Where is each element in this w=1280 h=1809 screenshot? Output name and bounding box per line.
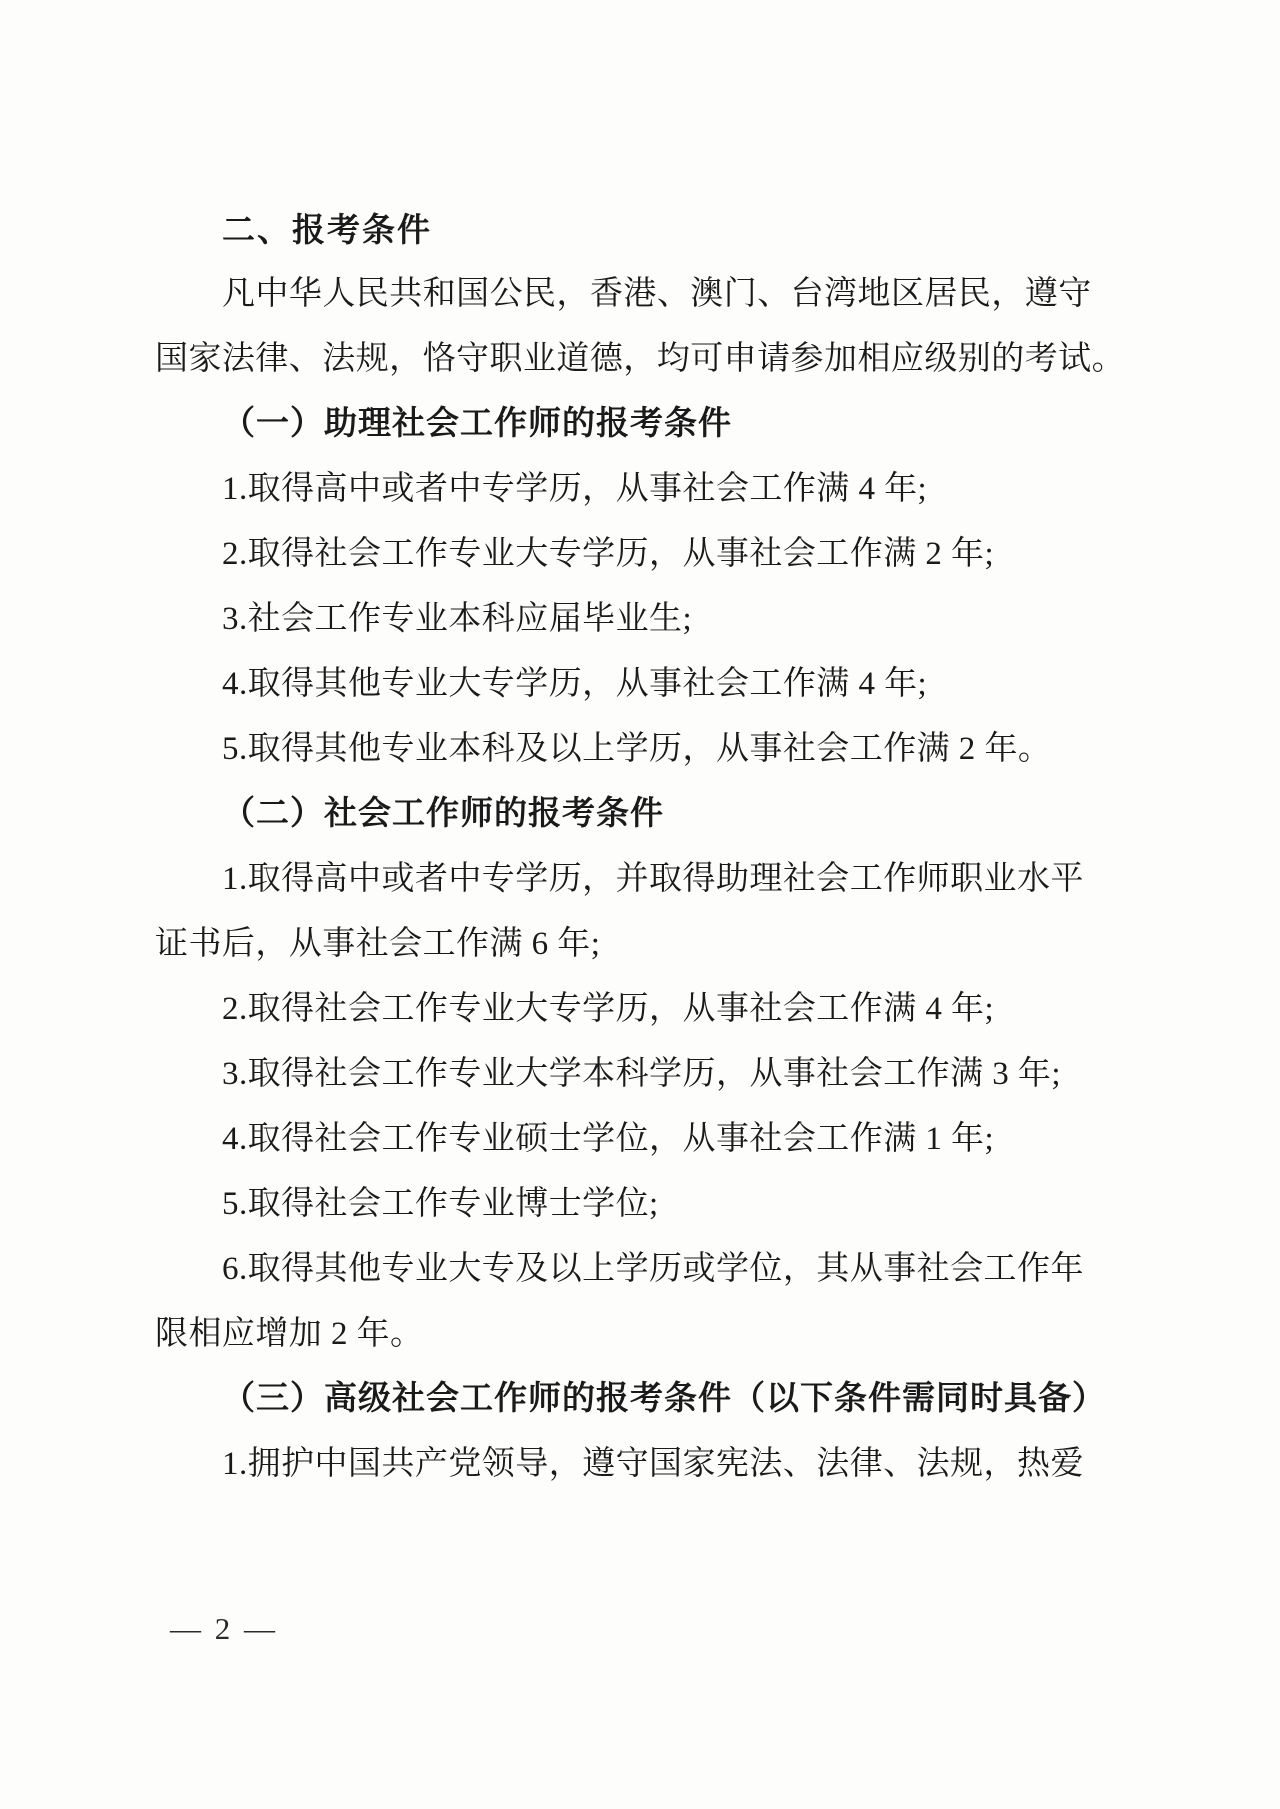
page-number: — 2 — [170, 1596, 278, 1661]
section2-item-6-line-2: 限相应增加 2 年。 [155, 1302, 1130, 1367]
section2-item-5: 5.取得社会工作专业博士学位; [155, 1172, 1130, 1237]
section3-item-1: 1.拥护中国共产党领导，遵守国家宪法、法律、法规，热爱 [155, 1432, 1130, 1497]
section1-item-2: 2.取得社会工作专业大专学历，从事社会工作满 2 年; [155, 522, 1130, 587]
section2-item-1-line-2: 证书后，从事社会工作满 6 年; [155, 912, 1130, 977]
section2-item-2: 2.取得社会工作专业大专学历，从事社会工作满 4 年; [155, 977, 1130, 1042]
section1-item-3: 3.社会工作专业本科应届毕业生; [155, 587, 1130, 652]
intro-paragraph-line-1: 凡中华人民共和国公民，香港、澳门、台湾地区居民，遵守 [155, 262, 1130, 327]
document-body: 二、报考条件 凡中华人民共和国公民，香港、澳门、台湾地区居民，遵守 国家法律、法… [155, 197, 1130, 1497]
intro-paragraph-line-2: 国家法律、法规，恪守职业道德，均可申请参加相应级别的考试。 [155, 327, 1130, 392]
section2-item-4: 4.取得社会工作专业硕士学位，从事社会工作满 1 年; [155, 1107, 1130, 1172]
section3-heading: （三）高级社会工作师的报考条件（以下条件需同时具备） [155, 1367, 1130, 1432]
section1-item-5: 5.取得其他专业本科及以上学历，从事社会工作满 2 年。 [155, 717, 1130, 782]
document-page: 二、报考条件 凡中华人民共和国公民，香港、澳门、台湾地区居民，遵守 国家法律、法… [0, 0, 1280, 1809]
section-heading-main: 二、报考条件 [155, 197, 1130, 262]
section1-item-4: 4.取得其他专业大专学历，从事社会工作满 4 年; [155, 652, 1130, 717]
section2-item-3: 3.取得社会工作专业大学本科学历，从事社会工作满 3 年; [155, 1042, 1130, 1107]
section1-item-1: 1.取得高中或者中专学历，从事社会工作满 4 年; [155, 457, 1130, 522]
section1-heading: （一）助理社会工作师的报考条件 [155, 392, 1130, 457]
section2-heading: （二）社会工作师的报考条件 [155, 782, 1130, 847]
section2-item-6-line-1: 6.取得其他专业大专及以上学历或学位，其从事社会工作年 [155, 1237, 1130, 1302]
section2-item-1-line-1: 1.取得高中或者中专学历，并取得助理社会工作师职业水平 [155, 847, 1130, 912]
